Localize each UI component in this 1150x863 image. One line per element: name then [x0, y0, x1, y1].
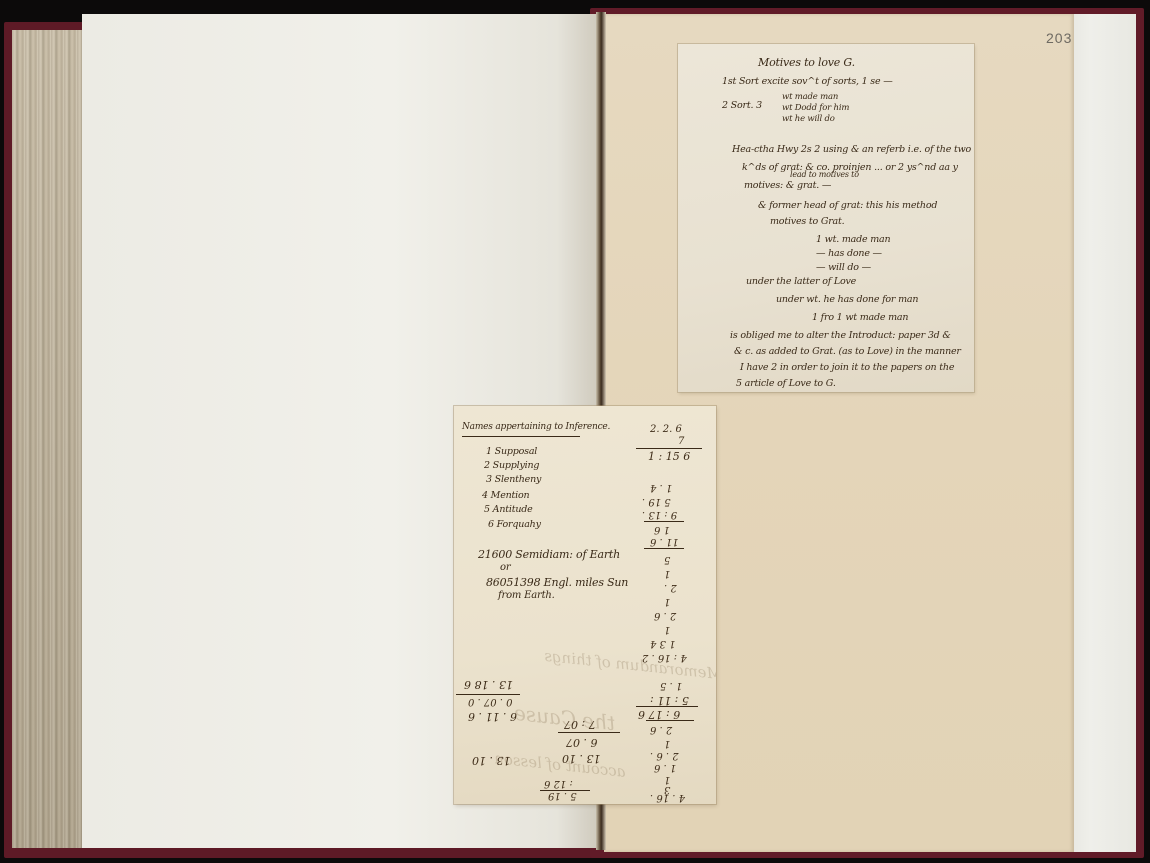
note-line: Hea-ctha Hwy 2s 2 using & an referb i.e.… — [732, 144, 971, 155]
folio-number: 203 — [1046, 30, 1072, 46]
astronomy-line: from Earth. — [498, 590, 555, 601]
inverted-sum: 0 . 07 . 0 — [468, 696, 513, 707]
note-interlinear: lead to motives to — [790, 170, 859, 179]
sum-rule — [646, 720, 694, 721]
inverted-sum: 6 . 07 — [566, 736, 598, 749]
inverted-sum: 2 . 6 . — [650, 750, 679, 761]
list-item: 1 Supposal — [486, 446, 537, 457]
inverted-sum: 1 — [664, 596, 670, 607]
note-line: is obliged me to alter the Introduct: pa… — [730, 330, 951, 341]
note-line: 2 Sort. 3 — [722, 100, 762, 111]
note-line: 1st Sort excite sov^t of sorts, 1 se — — [722, 76, 893, 87]
note-line: & former head of grat: this his method — [758, 200, 937, 211]
astronomy-line: 86051398 Engl. miles Sun — [486, 576, 628, 589]
note-line: motives to Grat. — [770, 216, 844, 227]
note-line: under wt. he has done for man — [776, 294, 918, 305]
note-line: 1 wt. made man — [816, 234, 890, 245]
note-line: wt he will do — [782, 114, 835, 124]
inverted-sum: 5 . 19 — [548, 790, 577, 801]
inverted-sum: 2 . — [664, 582, 677, 593]
note-line: wt Dodd for him — [782, 103, 849, 113]
note-line: 1 fro 1 wt made man — [812, 312, 908, 323]
inverted-sum: 1 . 5 — [660, 680, 682, 691]
note-line: & c. as added to Grat. (as to Love) in t… — [734, 346, 961, 357]
note-line: motives: & grat. — — [744, 180, 831, 191]
sum-rule — [644, 548, 684, 549]
note-line: I have 2 in order to join it to the pape… — [740, 362, 954, 373]
note-line: — has done — — [816, 248, 882, 259]
note-line: wt made man — [782, 92, 838, 102]
inverted-sum: 9 : 13 . — [642, 509, 677, 520]
inverted-sum: 1 6 — [654, 524, 670, 535]
sum-line: 7 — [678, 436, 684, 447]
inverted-sum: 5 19 . — [642, 496, 671, 507]
inverted-sum: 4 : 16 . 2 — [642, 652, 687, 663]
inverted-sum: : 12 6 — [544, 778, 573, 789]
inverted-sum: 1 . 4 — [650, 482, 672, 493]
inverted-sum: 2 . 6 — [654, 610, 676, 621]
inverted-sum: 1 — [664, 624, 670, 635]
inverted-sum: 1 . 6 — [654, 762, 676, 773]
sum-line: 1 : 15 6 — [648, 450, 690, 463]
inverted-sum: 6 : 11 . 6 — [540, 802, 585, 804]
sum-rule — [456, 694, 520, 695]
astronomy-line: 21600 Semidiam: of Earth — [478, 548, 620, 561]
note-line: 5 article of Love to G. — [736, 378, 836, 389]
list-item: 6 Forquahy — [488, 519, 541, 530]
note-title: Motives to love G. — [758, 56, 855, 69]
inverted-sum: 7 : 07 — [564, 718, 596, 731]
inverted-sum: 1 — [664, 738, 670, 749]
sum-rule — [644, 521, 684, 522]
list-item: 5 Antitude — [484, 504, 533, 515]
note-line: — will do — — [816, 262, 871, 273]
inverted-sum: 11 . 6 — [650, 536, 679, 547]
astronomy-line: or — [500, 562, 510, 573]
list-item: 4 Mention — [482, 490, 529, 501]
list-item: 3 Slentheny — [486, 474, 541, 485]
page-block-edge — [12, 30, 84, 848]
lower-manuscript-note: Memorandum of things the Cause account o… — [454, 406, 716, 804]
inverted-sum: 13 . 18 6 — [464, 678, 513, 691]
note-heading: Names appertaining to Inference. — [462, 422, 610, 432]
sum-rule — [636, 706, 698, 707]
show-through-ink: Memorandum of things — [544, 647, 716, 684]
sum-line: 2. 2. 6 — [650, 424, 682, 435]
inverted-sum: 4 . 16 . — [650, 792, 685, 803]
inverted-sum: 1 3 4 — [650, 638, 675, 649]
inverted-sum: 13 . 10 — [562, 752, 600, 765]
heading-underline — [462, 436, 580, 437]
inverted-sum: 13 . 10 — [472, 754, 510, 767]
note-line: under the latter of Love — [746, 276, 856, 287]
inverted-sum: 6 . 11 . 6 — [468, 710, 517, 723]
list-item: 2 Supplying — [484, 460, 539, 471]
sum-rule — [558, 732, 620, 733]
inverted-sum: 5 — [664, 554, 670, 565]
inverted-sum: 1 — [664, 568, 670, 579]
upper-manuscript-note: Motives to love G. 1st Sort excite sov^t… — [678, 44, 974, 392]
show-through-ink: account of lesson — [493, 749, 626, 781]
sum-rule — [636, 448, 702, 449]
inverted-sum: 2 . 6 — [650, 724, 672, 735]
